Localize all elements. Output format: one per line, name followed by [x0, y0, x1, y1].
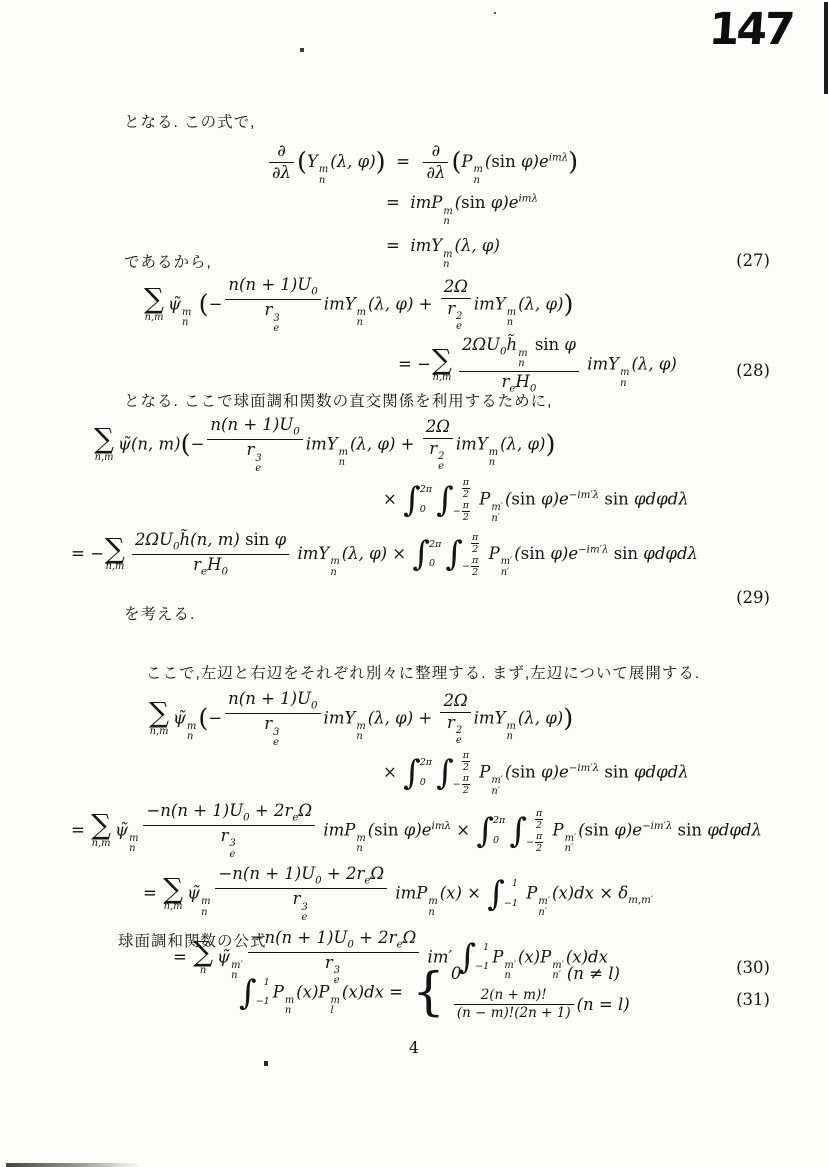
scan-artifact-right-edge	[824, 2, 828, 94]
equation-line: = ∑n,mψ̃mn−n(n + 1)U0 + 2reΩr3e imPmn(si…	[71, 802, 828, 860]
equation-line: = −∑n,m2ΩU0h̃(n, m) sin φreH0 imYmn(λ, φ…	[71, 531, 828, 578]
scan-artifact-speck	[264, 1061, 268, 1066]
equation-line: × ∫2π0∫π2−π2 Pm′n′(sin φ)e−im′λ sin φdφd…	[383, 477, 828, 524]
equation-line: = imPmn(sin φ)eimλ	[386, 193, 828, 227]
handwritten-page-number: 147	[707, 4, 793, 55]
equation-line: = ∑n,mψ̃mn−n(n + 1)U0 + 2reΩr3e imPmn(x)…	[143, 865, 828, 923]
equation-number-28: (28)	[736, 361, 770, 380]
equation-28: ∑n,mψ̃mn (−n(n + 1)U0r3eimYmn(λ, φ) + 2Ω…	[0, 276, 828, 395]
equation-line: ∂∂λ(Ymn(λ, φ)) = ∂∂λ(Pmn(sin φ)eimλ)	[266, 142, 828, 186]
paragraph-tonaru-kono-shiki: となる. この式で,	[124, 110, 255, 132]
equation-line: ∑n,mψ̃(n, m)(−n(n + 1)U0r3eimYmn(λ, φ) +…	[93, 416, 828, 474]
scanned-document-page: { "page": { "handwritten_number": "147",…	[0, 0, 828, 1167]
equation-number-31: (31)	[736, 990, 770, 1009]
scan-artifact-bottom-edge	[6, 1163, 140, 1167]
scan-artifact-speck	[494, 12, 496, 14]
equation-line: ∑n,mψ̃mn (−n(n + 1)U0r3eimYmn(λ, φ) + 2Ω…	[143, 276, 828, 334]
scan-artifact-speck	[300, 48, 304, 52]
equation-30: ∑n,mψ̃mn(−n(n + 1)U0r3eimYmn(λ, φ) + 2Ωr…	[0, 690, 828, 987]
equation-27: ∂∂λ(Ymn(λ, φ)) = ∂∂λ(Pmn(sin φ)eimλ) = i…	[0, 142, 828, 271]
page-number: 4	[0, 1038, 828, 1057]
equation-line: ∑n,mψ̃mn(−n(n + 1)U0r3eimYmn(λ, φ) + 2Ωr…	[148, 690, 828, 748]
equation-29: ∑n,mψ̃(n, m)(−n(n + 1)U0r3eimYmn(λ, φ) +…	[0, 416, 828, 607]
equation-number-27: (27)	[736, 251, 770, 270]
equation-number-29: (29)	[0, 588, 828, 607]
paragraph-lhs-rhs-expand: ここで,左辺と右辺をそれぞれ別々に整理する. まず,左辺について展開する.	[146, 661, 700, 683]
equation-31: ∫1−1Pmn(x)Pml(x)dx = {0(n ≠ l)2(n + m)!(…	[0, 964, 828, 1022]
equation-line: × ∫2π0∫π2−π2 Pm′n′(sin φ)e−im′λ sin φdφd…	[383, 750, 828, 797]
